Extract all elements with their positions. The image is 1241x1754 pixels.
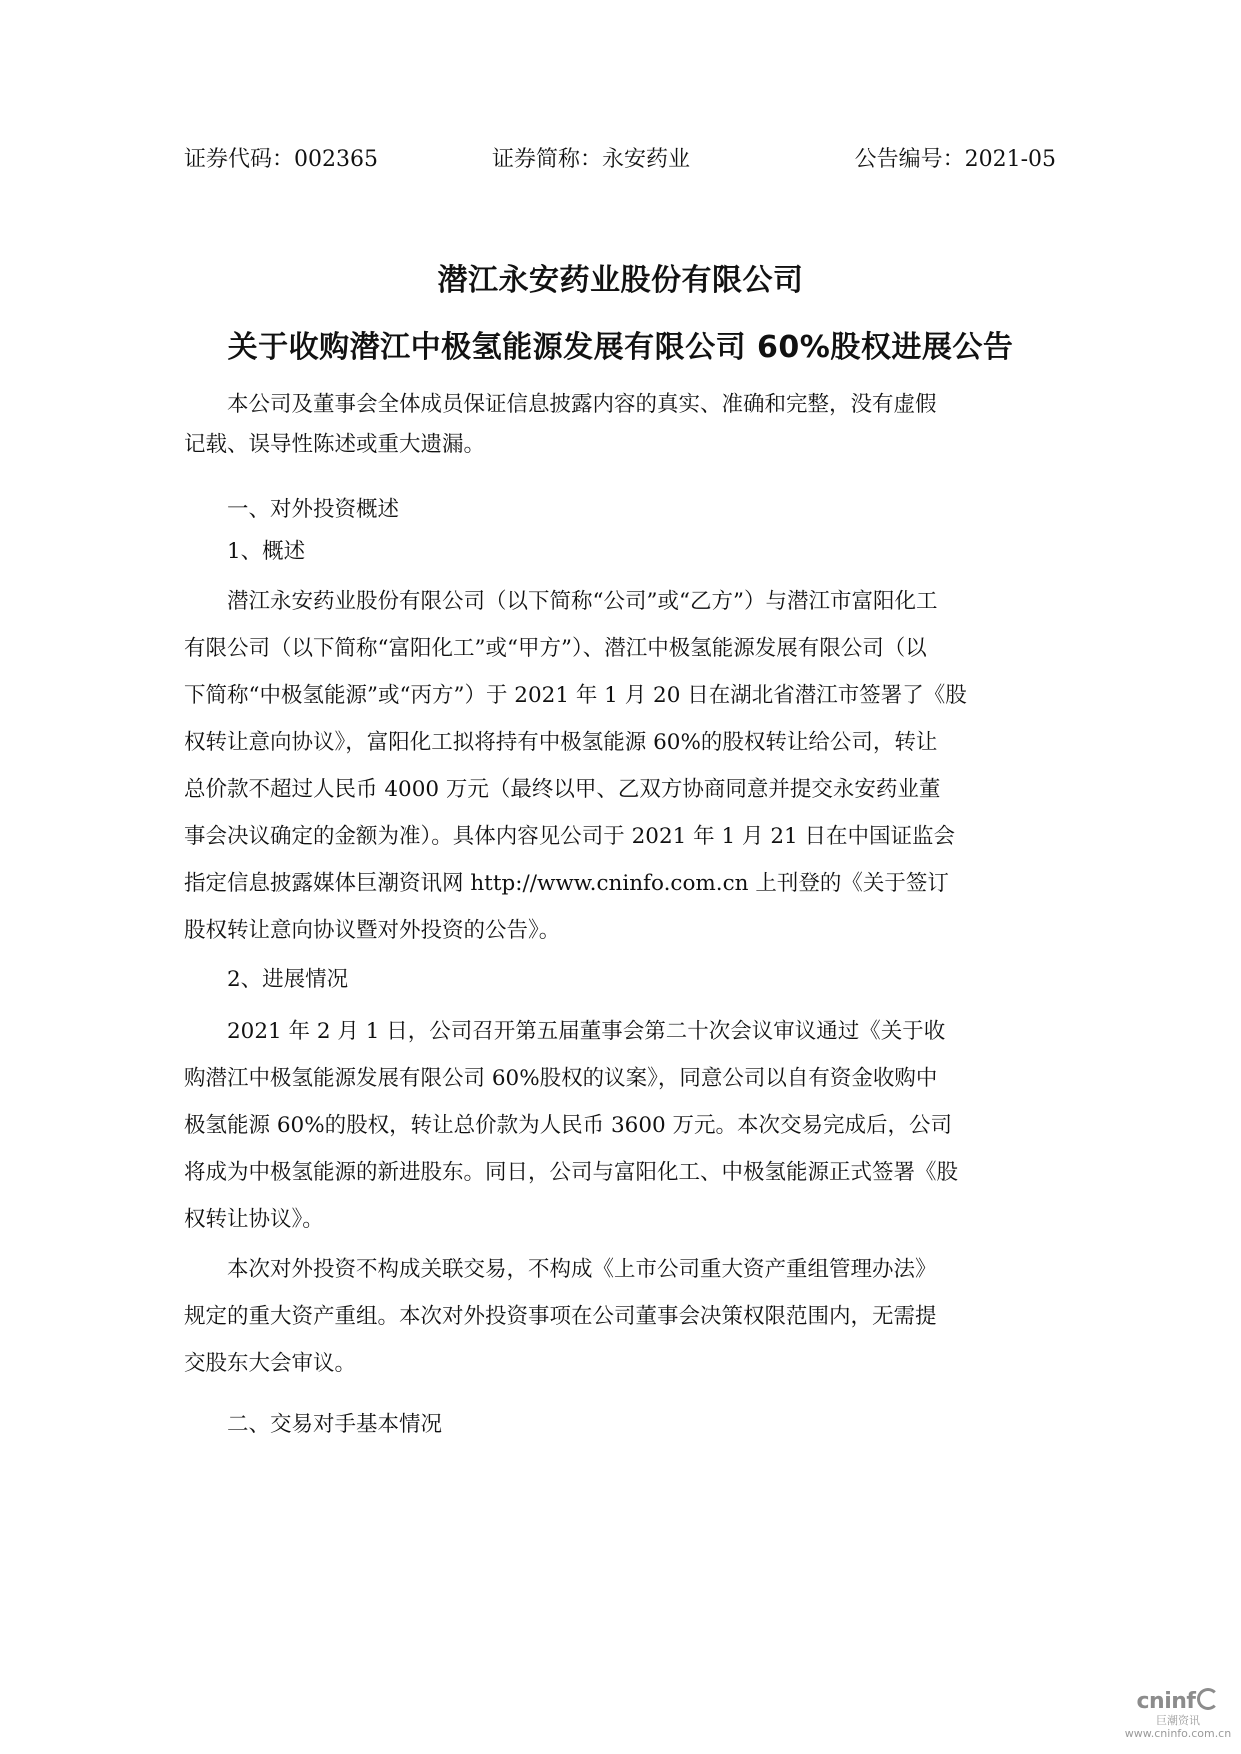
- text-line: 事会决议确定的金额为准）。具体内容见公司于 2021 年 1 月 21 日在中国…: [184, 817, 1056, 857]
- text-line: 指定信息披露媒体巨潮资讯网 http://www.cninfo.com.cn 上…: [184, 864, 1056, 904]
- text-line: 股权转让意向协议暨对外投资的公告》。: [184, 911, 1056, 951]
- text-line: 记载、误导性陈述或重大遗漏。: [184, 425, 1056, 465]
- text-line: 权转让意向协议》，富阳化工拟将持有中极氢能源 60%的股权转让给公司，转让: [184, 723, 1056, 763]
- text-line: 总价款不超过人民币 4000 万元（最终以甲、乙双方协商同意并提交永安药业董: [184, 770, 1056, 810]
- title-subject: 关于收购潜江中极氢能源发展有限公司 60%股权进展公告: [0, 322, 1241, 366]
- announcement-number: 公告编号：2021-05: [855, 140, 1056, 180]
- text-line: 权转让协议》。: [184, 1200, 1056, 1240]
- section-1-3-body: 本次对外投资不构成关联交易，不构成《上市公司重大资产重组管理办法》 规定的重大资…: [184, 1250, 1056, 1384]
- cninfo-watermark: cninf 巨潮资讯 www.cninfo.com.cn: [1123, 1688, 1233, 1740]
- stock-short-name: 证券简称：永安药业: [492, 140, 690, 180]
- cninfo-logo: cninf: [1123, 1688, 1233, 1714]
- text-line: 购潜江中极氢能源发展有限公司 60%股权的议案》，同意公司以自有资金收购中: [184, 1059, 1056, 1099]
- stock-code: 证券代码：002365: [184, 140, 378, 180]
- section-2-heading: 二、交易对手基本情况: [184, 1405, 1056, 1445]
- text-line: 潜江永安药业股份有限公司（以下简称“公司”或“乙方”）与潜江市富阳化工: [184, 582, 1056, 622]
- document-header: 证券代码：002365 证券简称：永安药业 公告编号：2021-05: [184, 140, 1056, 180]
- text-line: 将成为中极氢能源的新进股东。同日，公司与富阳化工、中极氢能源正式签署《股: [184, 1153, 1056, 1193]
- text-line: 下简称“中极氢能源”或“丙方”）于 2021 年 1 月 20 日在湖北省潜江市…: [184, 676, 1056, 716]
- text-line: 极氢能源 60%的股权，转让总价款为人民币 3600 万元。本次交易完成后，公司: [184, 1106, 1056, 1146]
- text-line: 本公司及董事会全体成员保证信息披露内容的真实、准确和完整，没有虚假: [184, 385, 1056, 425]
- cninfo-swirl-icon: [1197, 1688, 1219, 1710]
- section-1-1-heading: 1、概述: [184, 532, 1056, 572]
- cninfo-url: www.cninfo.com.cn: [1123, 1727, 1233, 1740]
- text-line: 有限公司（以下简称“富阳化工”或“甲方”）、潜江中极氢能源发展有限公司（以: [184, 629, 1056, 669]
- disclosure-statement: 本公司及董事会全体成员保证信息披露内容的真实、准确和完整，没有虚假 记载、误导性…: [184, 385, 1056, 465]
- section-1-heading: 一、对外投资概述: [184, 490, 1056, 530]
- text-line: 规定的重大资产重组。本次对外投资事项在公司董事会决策权限范围内，无需提: [184, 1297, 1056, 1337]
- section-1-2-body: 2021 年 2 月 1 日，公司召开第五届董事会第二十次会议审议通过《关于收 …: [184, 1012, 1056, 1240]
- text-line: 2021 年 2 月 1 日，公司召开第五届董事会第二十次会议审议通过《关于收: [184, 1012, 1056, 1052]
- title-company: 潜江永安药业股份有限公司: [0, 255, 1241, 299]
- section-1-1-body: 潜江永安药业股份有限公司（以下简称“公司”或“乙方”）与潜江市富阳化工 有限公司…: [184, 582, 1056, 951]
- text-line: 交股东大会审议。: [184, 1344, 1056, 1384]
- text-line: 本次对外投资不构成关联交易，不构成《上市公司重大资产重组管理办法》: [184, 1250, 1056, 1290]
- cninfo-cn-name: 巨潮资讯: [1123, 1714, 1233, 1727]
- section-1-2-heading: 2、进展情况: [184, 960, 1056, 1000]
